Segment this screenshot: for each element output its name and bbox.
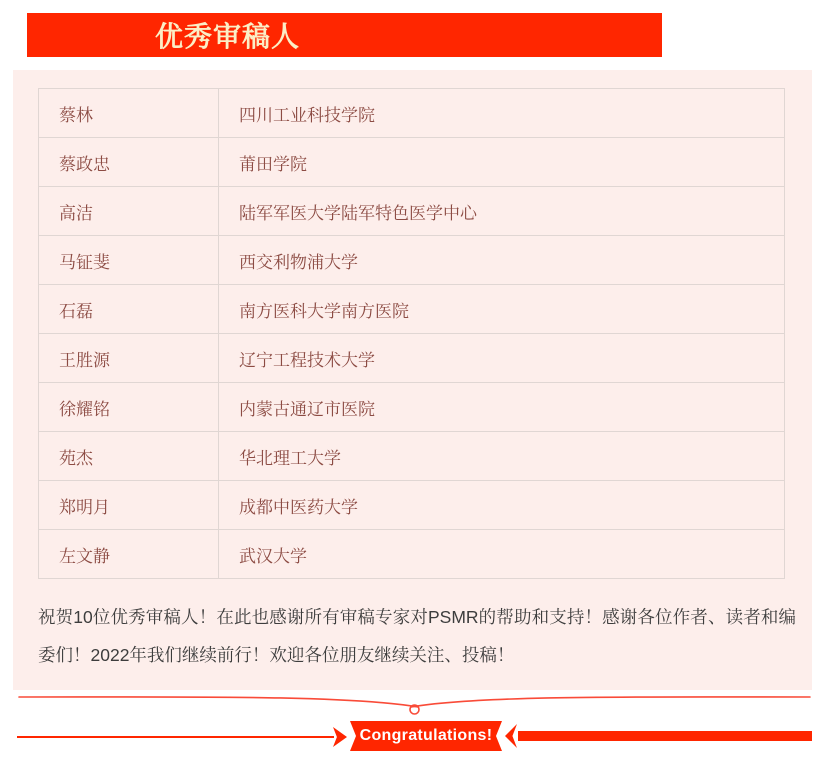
table-row: 左文静 武汉大学 [39, 530, 785, 579]
table-row: 王胜源 辽宁工程技术大学 [39, 334, 785, 383]
ribbon-chevron-icon [505, 724, 517, 748]
reviewer-name-cell: 苑杰 [39, 432, 219, 481]
table-row: 蔡林 四川工业科技学院 [39, 89, 785, 138]
reviewer-affiliation-cell: 四川工业科技学院 [219, 89, 785, 138]
reviewer-affiliation-cell: 成都中医药大学 [219, 481, 785, 530]
reviewer-name-cell: 徐耀铭 [39, 383, 219, 432]
reviewer-name-cell: 左文静 [39, 530, 219, 579]
reviewer-affiliation-cell: 陆军军医大学陆军特色医学中心 [219, 187, 785, 236]
ribbon-line-left [17, 736, 334, 738]
table-row: 蔡政忠 莆田学院 [39, 138, 785, 187]
reviewer-affiliation-cell: 武汉大学 [219, 530, 785, 579]
reviewer-name-cell: 高洁 [39, 187, 219, 236]
reviewer-affiliation-cell: 莆田学院 [219, 138, 785, 187]
table-row: 马钲斐 西交利物浦大学 [39, 236, 785, 285]
reviewer-affiliation-cell: 内蒙古通辽市医院 [219, 383, 785, 432]
reviewers-table: 蔡林 四川工业科技学院 蔡政忠 莆田学院 高洁 陆军军医大学陆军特色医学中心 马… [38, 88, 785, 579]
section-title: 优秀审稿人 [155, 15, 300, 55]
reviewer-name-cell: 蔡林 [39, 89, 219, 138]
reviewer-name-cell: 王胜源 [39, 334, 219, 383]
section-header-banner: 优秀审稿人 [27, 13, 662, 57]
table-row: 苑杰 华北理工大学 [39, 432, 785, 481]
table-row: 徐耀铭 内蒙古通辽市医院 [39, 383, 785, 432]
table-row: 石磊 南方医科大学南方医院 [39, 285, 785, 334]
reviewer-name-cell: 郑明月 [39, 481, 219, 530]
table-row: 高洁 陆军军医大学陆军特色医学中心 [39, 187, 785, 236]
table-row: 郑明月 成都中医药大学 [39, 481, 785, 530]
reviewer-affiliation-cell: 南方医科大学南方医院 [219, 285, 785, 334]
ribbon-label: Congratulations! [360, 727, 493, 745]
reviewer-name-cell: 石磊 [39, 285, 219, 334]
reviewer-affiliation-cell: 西交利物浦大学 [219, 236, 785, 285]
congratulations-ribbon: Congratulations! [350, 721, 502, 751]
reviewer-affiliation-cell: 华北理工大学 [219, 432, 785, 481]
content-panel: 蔡林 四川工业科技学院 蔡政忠 莆田学院 高洁 陆军军医大学陆军特色医学中心 马… [13, 70, 812, 690]
ribbon-bar-right [518, 731, 812, 741]
ribbon-arrowhead-icon [333, 727, 347, 747]
reviewer-name-cell: 蔡政忠 [39, 138, 219, 187]
reviewer-name-cell: 马钲斐 [39, 236, 219, 285]
squiggle-divider [17, 692, 812, 718]
congrats-message: 祝贺10位优秀审稿人！在此也感谢所有审稿专家对PSMR的帮助和支持！感谢各位作者… [38, 598, 796, 674]
reviewer-affiliation-cell: 辽宁工程技术大学 [219, 334, 785, 383]
